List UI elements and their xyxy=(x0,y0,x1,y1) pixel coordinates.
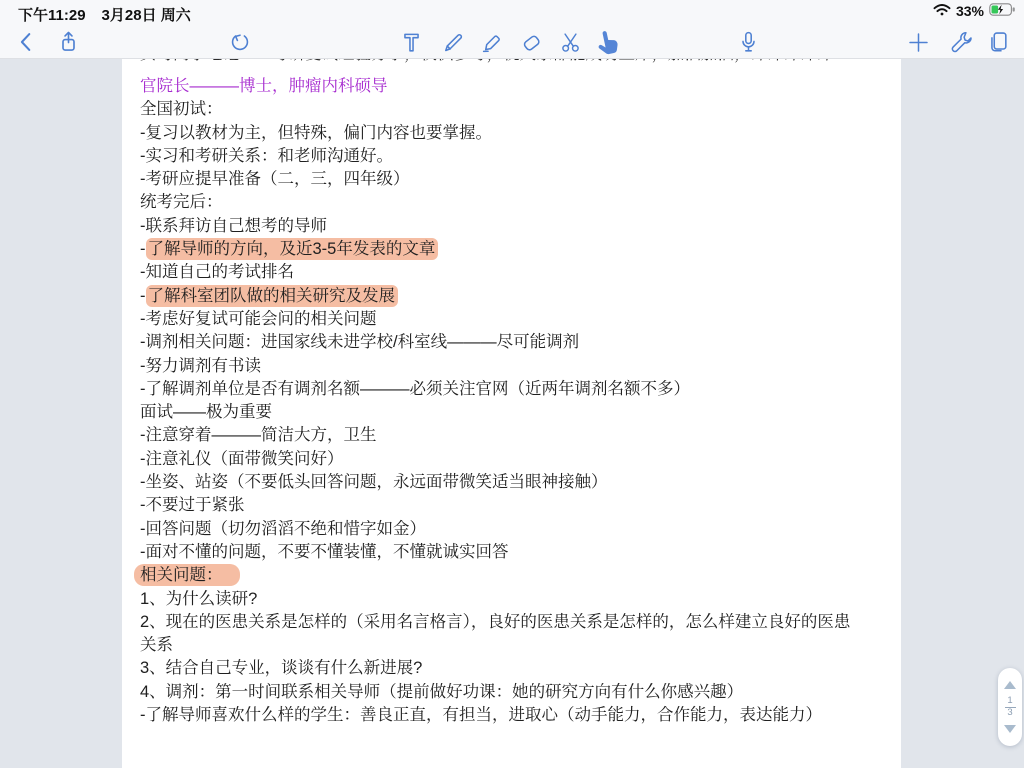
eraser-icon xyxy=(518,29,545,56)
text-segment: -不要过于紧张 xyxy=(140,496,245,514)
text-line: 2、现在的医患关系是怎样的（采用名言格言），良好的医患关系是怎样的，怎么样建立良… xyxy=(140,611,901,634)
text-segment: -注意礼仪（面带微笑问好） xyxy=(140,450,344,468)
text-segment: 2、现在的医患关系是怎样的（采用名言格言），良好的医患关系是怎样的，怎么样建立良… xyxy=(140,613,850,631)
plus-icon xyxy=(906,30,931,55)
text-segment: 全国初试： xyxy=(140,100,223,118)
status-bar-left: 下午11:29 3月28日 周六 xyxy=(18,4,191,25)
text-segment: -考研应提早准备（二，三，四年级） xyxy=(140,170,410,188)
battery-charging-icon xyxy=(989,3,1016,19)
page-indicator: 1 3 xyxy=(1005,696,1016,719)
battery-percent: 33% xyxy=(956,3,984,19)
text-line: 全国初试： xyxy=(140,98,901,121)
pages-button[interactable] xyxy=(983,27,1013,57)
text-tool-icon xyxy=(398,29,425,56)
text-line: -了解调剂单位是否有调剂名额———必须关注官网（近两年调剂名额不多） xyxy=(140,378,901,401)
note-page[interactable]: 实习同学笔记——考研复试经验分享，仅供参考，祝大家都能成功上岸，加油加油，冲冲冲… xyxy=(122,58,901,768)
text-line: 面试——极为重要 xyxy=(140,401,901,424)
share-icon xyxy=(55,29,82,56)
text-segment: -复习以教材为主，但特殊，偏门内容也要掌握。 xyxy=(140,124,492,142)
pointer-hand-tool-button[interactable] xyxy=(592,27,622,57)
text-segment: -努力调剂有书读 xyxy=(140,357,261,375)
pencil-tool-button[interactable] xyxy=(438,27,468,57)
text-segment: 面试——极为重要 xyxy=(140,403,272,421)
text-segment: -调剂相关问题：进国家线未进学校/科室线———尽可能调剂 xyxy=(140,333,579,351)
highlighter-icon xyxy=(479,29,506,56)
text-line: -调剂相关问题：进国家线未进学校/科室线———尽可能调剂 xyxy=(140,331,901,354)
total-pages: 3 xyxy=(1005,707,1016,719)
text-segment: 关系 xyxy=(140,636,173,654)
highlighted-text: 了解科室团队做的相关研究及发展 xyxy=(146,285,399,307)
text-line: -努力调剂有书读 xyxy=(140,355,901,378)
eraser-tool-button[interactable] xyxy=(516,27,546,57)
text-segment: -考虑好复试可能会问的相关问题 xyxy=(140,310,377,328)
text-segment: 官院长———博士，肿瘤内科硕导 xyxy=(140,77,388,95)
undo-button[interactable] xyxy=(225,27,255,57)
note-canvas[interactable]: 实习同学笔记——考研复试经验分享，仅供参考，祝大家都能成功上岸，加油加油，冲冲冲… xyxy=(0,58,1024,768)
note-heading: 官院长———博士，肿瘤内科硕导 xyxy=(140,75,901,98)
text-line: -了解导师喜欢什么样的学生：善良正直，有担当，进取心（动手能力，合作能力，表达能… xyxy=(140,704,901,727)
text-segment: -联系拜访自己想考的导师 xyxy=(140,217,327,235)
text-line: -回答问题（切勿滔滔不绝和惜字如金） xyxy=(140,518,901,541)
text-segment: -注意穿着———简洁大方，卫生 xyxy=(140,426,377,444)
text-segment: - xyxy=(140,287,146,305)
undo-icon xyxy=(227,29,253,55)
share-button[interactable] xyxy=(53,27,83,57)
text-segment: 统考完后： xyxy=(140,193,223,211)
scissors-icon xyxy=(557,29,584,56)
text-line: -面对不懂的问题，不要不懂装懂，不懂就诚实回答 xyxy=(140,541,901,564)
text-segment: -实习和考研关系：和老师沟通好。 xyxy=(140,147,393,165)
page-up-button[interactable] xyxy=(1004,681,1016,689)
text-segment: -坐姿、站姿（不要低头回答问题，永远面带微笑适当眼神接触） xyxy=(140,473,608,491)
microphone-button[interactable] xyxy=(733,27,763,57)
text-line: 3、结合自己专业，谈谈有什么新进展? xyxy=(140,657,901,680)
text-segment: -回答问题（切勿滔滔不绝和惜字如金） xyxy=(140,520,426,538)
highlighter-tool-button[interactable] xyxy=(477,27,507,57)
text-line: 关系 xyxy=(140,634,901,657)
pages-icon xyxy=(985,29,1012,56)
text-segment: -了解导师喜欢什么样的学生：善良正直，有担当，进取心（动手能力，合作能力，表达能… xyxy=(140,706,822,724)
current-page: 1 xyxy=(1005,696,1016,707)
text-line: -不要过于紧张 xyxy=(140,494,901,517)
back-button[interactable] xyxy=(12,27,42,57)
text-tool-button[interactable] xyxy=(396,27,426,57)
top-toolbar: 下午11:29 3月28日 周六 33% xyxy=(0,0,1024,59)
text-lines: 官院长———博士，肿瘤内科硕导全国初试：-复习以教材为主，但特殊，偏门内容也要掌… xyxy=(140,75,901,727)
text-line: -实习和考研关系：和老师沟通好。 xyxy=(140,145,901,168)
text-segment: -了解调剂单位是否有调剂名额———必须关注官网（近两年调剂名额不多） xyxy=(140,380,690,398)
text-line: 统考完后： xyxy=(140,191,901,214)
highlighted-text: 了解导师的方向，及近3-5年发表的文章 xyxy=(146,238,439,260)
clock: 下午11:29 xyxy=(18,4,86,25)
text-line: 相关问题： xyxy=(140,564,901,587)
text-line: -复习以教材为主，但特殊，偏门内容也要掌握。 xyxy=(140,122,901,145)
text-segment: -知道自己的考试排名 xyxy=(140,263,294,281)
wrench-icon xyxy=(947,29,974,56)
date: 3月28日 周六 xyxy=(102,4,191,25)
text-segment: 3、结合自己专业，谈谈有什么新进展? xyxy=(140,659,422,677)
microphone-icon xyxy=(735,29,762,56)
wifi-icon xyxy=(933,3,951,19)
highlighted-text: 相关问题： xyxy=(134,564,240,586)
text-line: -注意礼仪（面带微笑问好） xyxy=(140,448,901,471)
text-line: -坐姿、站姿（不要低头回答问题，永远面带微笑适当眼神接触） xyxy=(140,471,901,494)
text-line: -考研应提早准备（二，三，四年级） xyxy=(140,168,901,191)
text-line: 4、调剂：第一时间联系相关导师（提前做好功课：她的研究方向有什么你感兴趣） xyxy=(140,681,901,704)
scissors-tool-button[interactable] xyxy=(555,27,585,57)
pointer-hand-icon xyxy=(593,28,622,57)
text-line: -了解科室团队做的相关研究及发展 xyxy=(140,285,901,308)
text-segment: 1、为什么读研? xyxy=(140,590,257,608)
chevron-back-icon xyxy=(22,34,29,50)
add-page-button[interactable] xyxy=(903,27,933,57)
text-segment: - xyxy=(140,240,146,258)
text-line: 1、为什么读研? xyxy=(140,588,901,611)
pencil-icon xyxy=(440,29,467,56)
page-down-button[interactable] xyxy=(1004,725,1016,733)
page-navigator[interactable]: 1 3 xyxy=(998,668,1022,746)
settings-button[interactable] xyxy=(945,27,975,57)
text-line: -考虑好复试可能会问的相关问题 xyxy=(140,308,901,331)
text-segment: -面对不懂的问题，不要不懂装懂，不懂就诚实回答 xyxy=(140,543,509,561)
text-line: -知道自己的考试排名 xyxy=(140,261,901,284)
status-bar-right: 33% xyxy=(933,3,1016,19)
text-line: -注意穿着———简洁大方，卫生 xyxy=(140,424,901,447)
text-line: -联系拜访自己想考的导师 xyxy=(140,215,901,238)
text-segment: 4、调剂：第一时间联系相关导师（提前做好功课：她的研究方向有什么你感兴趣） xyxy=(140,683,743,701)
text-line: -了解导师的方向，及近3-5年发表的文章 xyxy=(140,238,901,261)
